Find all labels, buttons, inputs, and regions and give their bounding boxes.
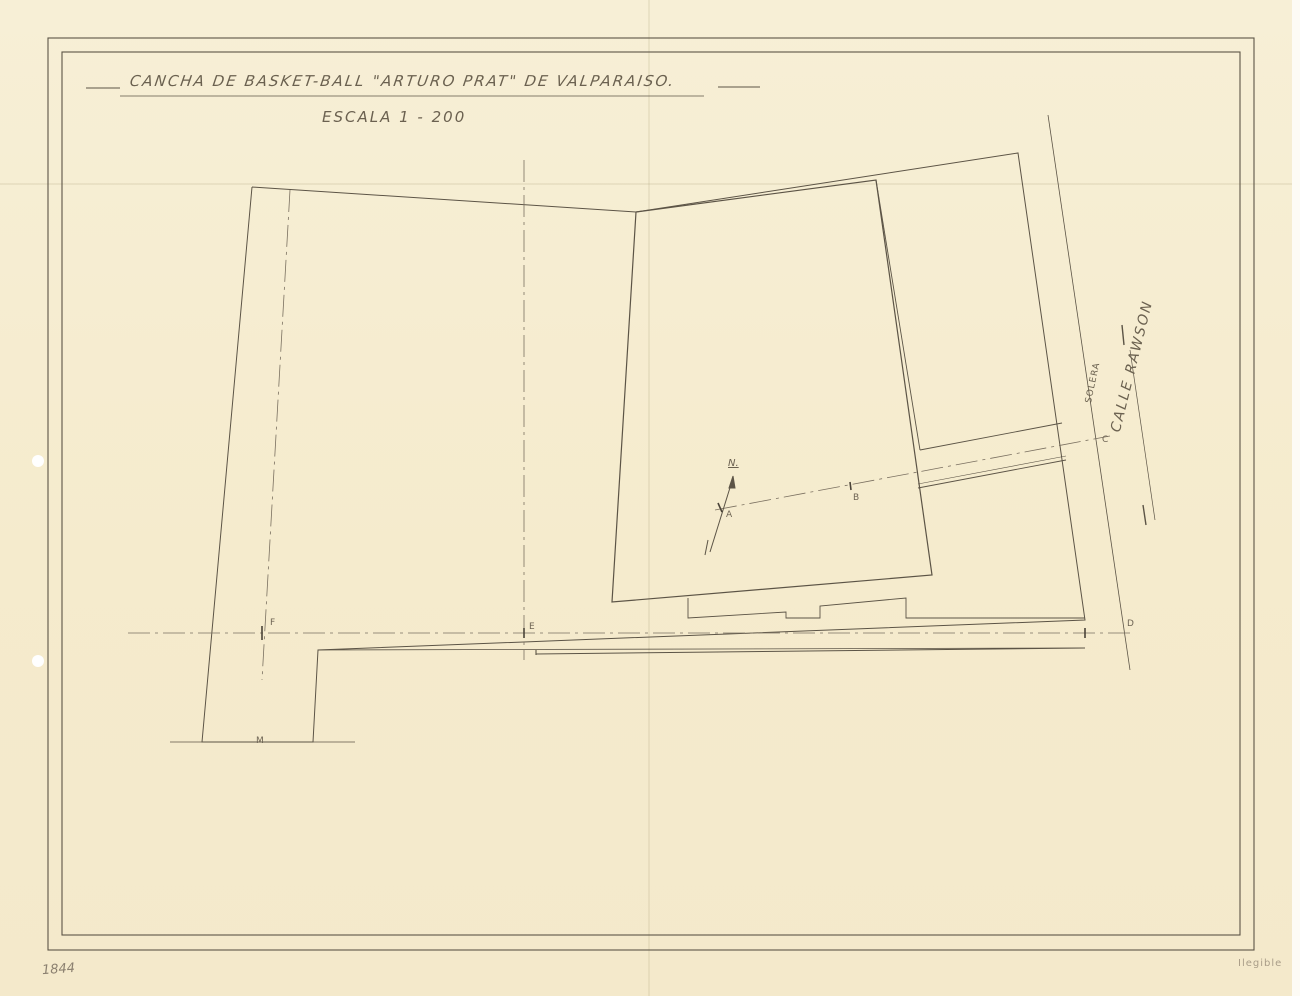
- point-label-m: M: [256, 736, 264, 746]
- catalog-mark: 1844: [42, 961, 76, 978]
- site-plan-drawing: [0, 0, 1300, 996]
- point-label-c: C: [1102, 435, 1108, 445]
- lot-boundary: [202, 153, 1085, 742]
- court-building: [612, 180, 932, 602]
- point-label-e: E: [529, 622, 535, 632]
- outer-border: [48, 38, 1254, 950]
- faded-stamp: Ilegible: [1238, 958, 1282, 969]
- point-label-d: D: [1127, 619, 1134, 629]
- plan-title: CANCHA DE BASKET-BALL "ARTURO PRAT" DE V…: [129, 72, 677, 90]
- point-label-b: B: [853, 493, 859, 503]
- point-label-f: F: [270, 618, 275, 628]
- axis-line-a-b-c: [715, 436, 1110, 510]
- plan-sheet: CANCHA DE BASKET-BALL "ARTURO PRAT" DE V…: [0, 0, 1300, 996]
- inner-border: [62, 52, 1240, 935]
- point-label-a: A: [726, 510, 732, 520]
- north-label: N.: [728, 458, 739, 469]
- plan-scale: ESCALA 1 - 200: [322, 108, 466, 126]
